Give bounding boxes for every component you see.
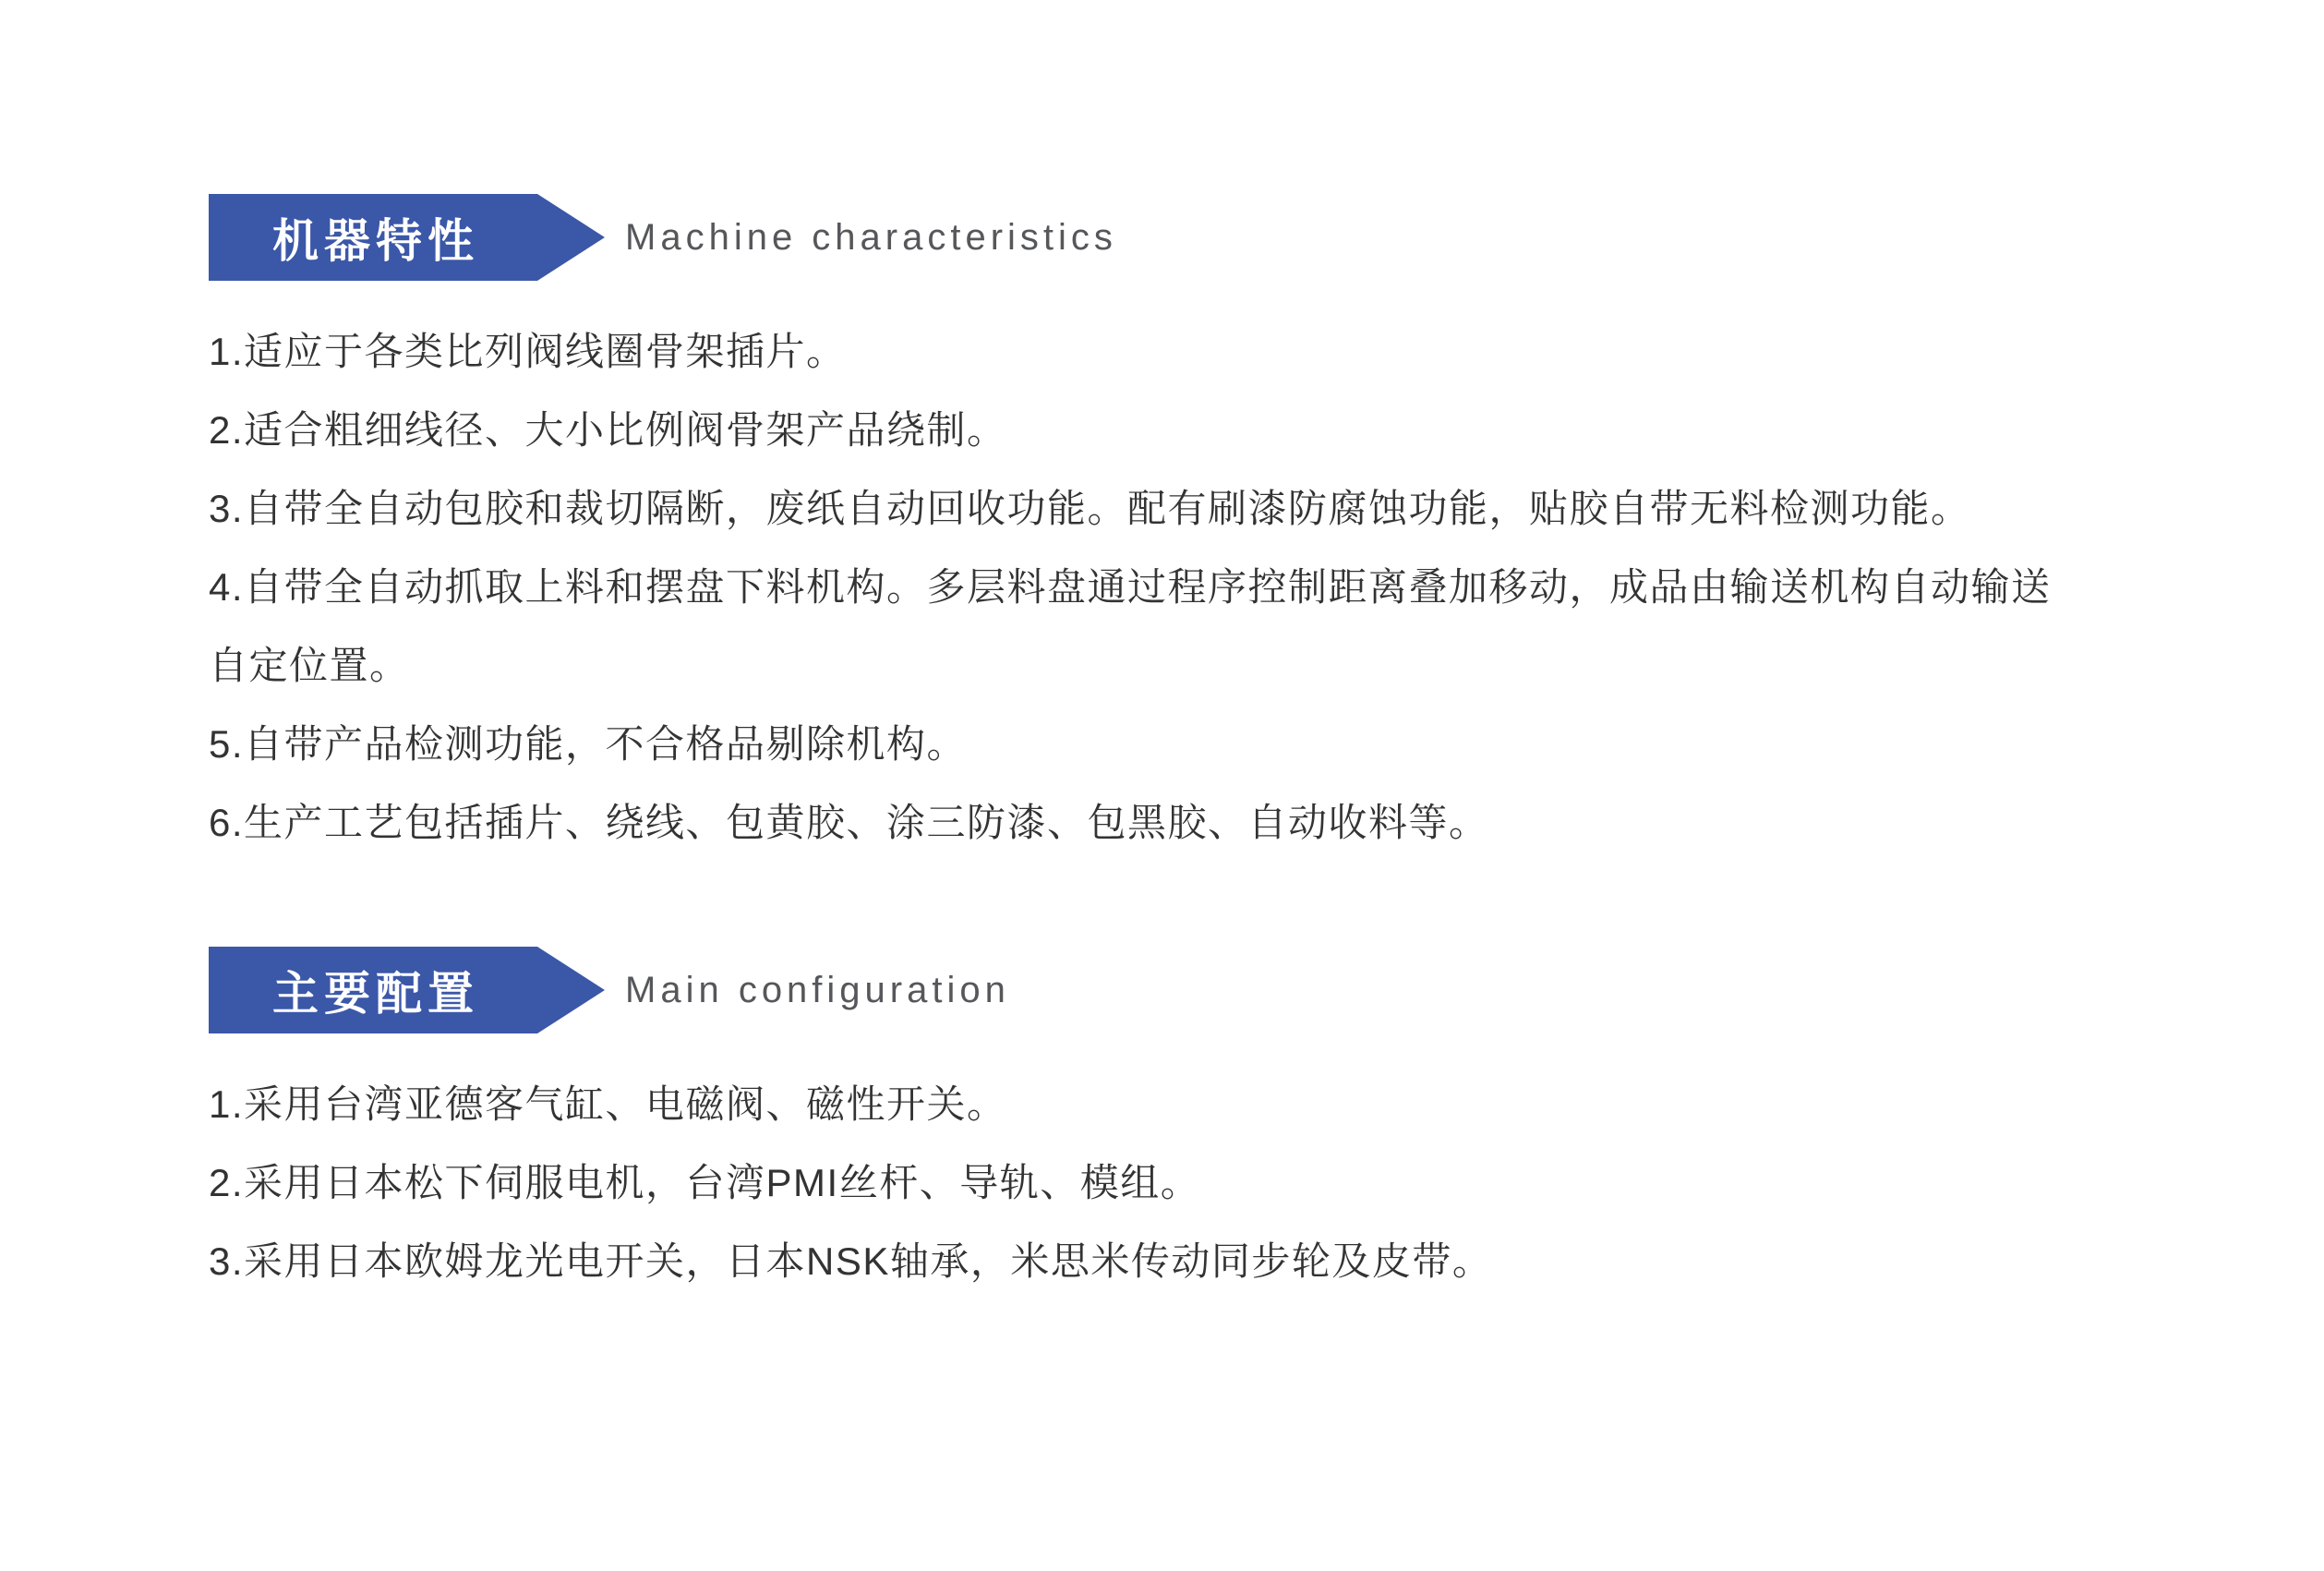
feature-item-2: 2.适合粗细线径、大小比例阀骨架产品绕制。 — [209, 391, 2074, 469]
section-machine-characteristics: 机器特性 Machine characteristics 1.适应于各类比列阀线… — [209, 0, 2324, 862]
page-content: 机器特性 Machine characteristics 1.适应于各类比列阀线… — [0, 0, 2324, 1300]
main-configuration-header: 主要配置 Main configuration — [209, 947, 2324, 1033]
main-configuration-banner: 主要配置 — [209, 947, 605, 1033]
document-page: 机器特性 Machine characteristics 1.适应于各类比列阀线… — [0, 0, 2324, 1571]
feature-item-6: 6.生产工艺包括插片、绕线、包黄胶、涂三防漆、包黑胶、自动收料等。 — [209, 783, 2074, 862]
main-configuration-title-zh: 主要配置 — [267, 957, 479, 1023]
feature-item-1: 1.适应于各类比列阀线圈骨架插片。 — [209, 312, 2074, 391]
section-main-configuration: 主要配置 Main configuration 1.采用台湾亚德客气缸、电磁阀、… — [209, 947, 2324, 1300]
feature-item-4: 4.自带全自动抓取上料和摆盘下料机构。多层料盘通过程序控制距离叠加移动，成品由输… — [209, 548, 2074, 705]
feature-item-3: 3.自带全自动包胶和裁切隔断，废纸自动回收功能。配有刷漆防腐蚀功能，贴胶自带无料… — [209, 469, 2074, 548]
config-item-3: 3.采用日本欧姆龙光电开关，日本NSK轴承，米思米传动同步轮及皮带。 — [209, 1222, 2074, 1300]
machine-characteristics-banner: 机器特性 — [209, 194, 605, 281]
banner-arrow-icon — [537, 194, 605, 281]
banner-rectangle: 机器特性 — [209, 194, 537, 281]
machine-characteristics-title-en: Machine characteristics — [625, 217, 1117, 259]
feature-item-5: 5.自带产品检测功能，不合格品剔除机构。 — [209, 705, 2074, 783]
machine-characteristics-title-zh: 机器特性 — [267, 204, 479, 271]
machine-characteristics-list: 1.适应于各类比列阀线圈骨架插片。 2.适合粗细线径、大小比例阀骨架产品绕制。 … — [209, 312, 2074, 862]
config-item-1: 1.采用台湾亚德客气缸、电磁阀、磁性开关。 — [209, 1065, 2074, 1143]
banner-arrow-icon — [537, 947, 605, 1033]
config-item-2: 2.采用日本松下伺服电机，台湾PMI丝杆、导轨、模组。 — [209, 1143, 2074, 1222]
main-configuration-title-en: Main configuration — [625, 970, 1010, 1011]
machine-characteristics-header: 机器特性 Machine characteristics — [209, 194, 2324, 281]
banner-rectangle: 主要配置 — [209, 947, 537, 1033]
main-configuration-list: 1.采用台湾亚德客气缸、电磁阀、磁性开关。 2.采用日本松下伺服电机，台湾PMI… — [209, 1065, 2074, 1300]
